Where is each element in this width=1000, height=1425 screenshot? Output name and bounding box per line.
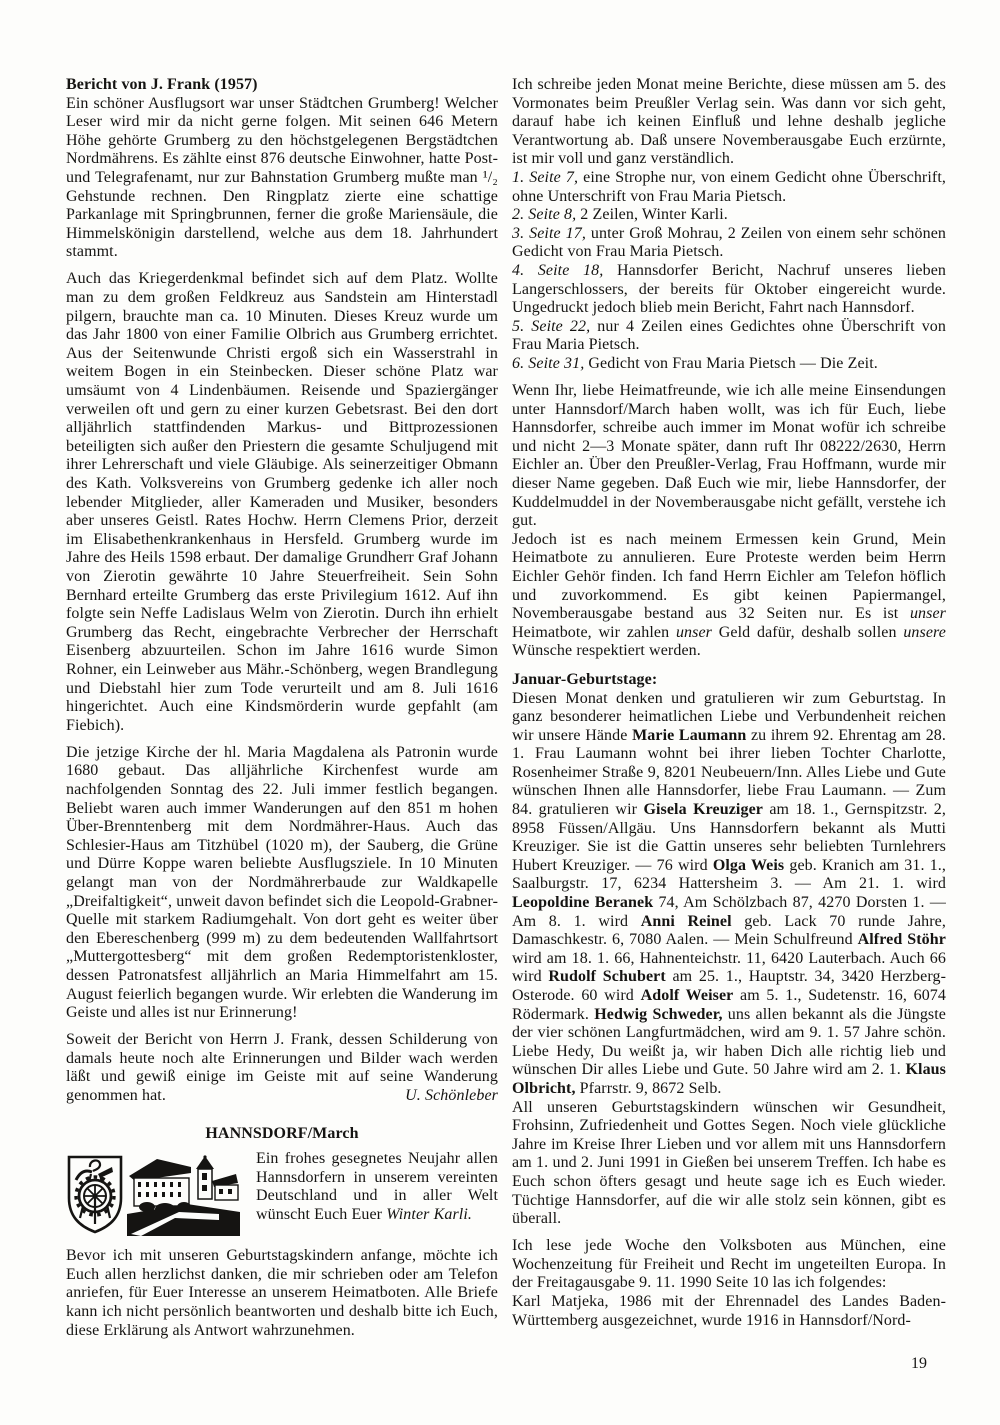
hannsdorf-village-etching-image	[127, 1154, 240, 1236]
seiten-item: 5. Seite 22, nur 4 Zeilen eines Gedichte…	[512, 318, 946, 355]
paragraph-wuensche: All unseren Geburtstagskindern wünschen …	[512, 1099, 946, 1229]
page-number: 19	[911, 1355, 927, 1373]
left-column: Bericht von J. Frank (1957) Ein schöner …	[66, 76, 498, 1349]
paragraph-wenn: Wenn Ihr, liebe Heimatfreunde, wie ich a…	[512, 382, 946, 531]
paragraph-berichte: Ich schreibe jeden Monat meine Berichte,…	[512, 76, 946, 169]
seiten-item: 6. Seite 31, Gedicht von Frau Maria Piet…	[512, 355, 946, 374]
paragraph-kirche: Die jetzige Kirche der hl. Maria Magdale…	[66, 744, 498, 1023]
section-heading-hannsdorf: HANNSDORF/March	[66, 1125, 498, 1144]
paragraph-matjeka: Karl Matjeka, 1986 mit der Ehrennadel de…	[512, 1293, 946, 1330]
paragraph-bevor: Bevor ich mit unseren Geburtstagskindern…	[66, 1247, 498, 1340]
paragraph-geburtstage: Diesen Monat denken und gratulieren wir …	[512, 690, 946, 1099]
seiten-item: 4. Seite 18, Hannsdorfer Bericht, Nachru…	[512, 262, 946, 318]
paragraph-jedoch: Jedoch ist es nach meinem Ermessen kein …	[512, 531, 946, 661]
newsletter-page: Bericht von J. Frank (1957) Ein schöner …	[0, 0, 1000, 1425]
seiten-item: 2. Seite 8, 2 Zeilen, Winter Karli.	[512, 206, 946, 225]
geburtstage-heading: Januar-Geburtstage:	[512, 671, 946, 690]
hannsdorf-coat-of-arms-image	[66, 1154, 124, 1236]
paragraph-volksbote: Ich lese jede Woche den Volksboten aus M…	[512, 1237, 946, 1293]
seiten-item: 1. Seite 7, eine Strophe nur, von einem …	[512, 169, 946, 206]
seiten-item: 3. Seite 17, unter Groß Mohrau, 2 Zeilen…	[512, 225, 946, 262]
right-column: Ich schreibe jeden Monat meine Berichte,…	[512, 76, 946, 1330]
hannsdorf-figure-row: Ein frohes gesegnetes Neujahr allen Hann…	[66, 1150, 498, 1238]
paragraph-intro: Ein schöner Ausflugsort war unser Städtc…	[66, 95, 498, 262]
report-heading: Bericht von J. Frank (1957)	[66, 76, 498, 95]
paragraph-platz: Auch das Kriegerdenkmal befindet sich au…	[66, 270, 498, 735]
hannsdorf-images	[66, 1154, 240, 1236]
